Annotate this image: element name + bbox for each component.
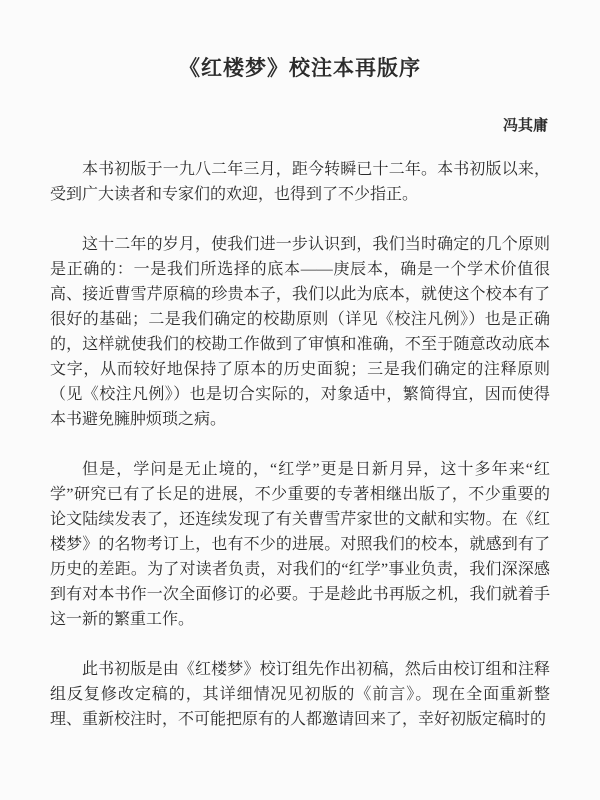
paragraph-4: 此书初版是由《红楼梦》校订组先作出初稿，然后由校订组和注释组反复修改定稿的，其详… (50, 657, 550, 732)
paragraph-3: 但是，学问是无止境的，“红学”更是日新月异，这十多年来“红学”研究已有了长足的进… (50, 457, 550, 632)
document-title: 《红楼梦》校注本再版序 (50, 52, 550, 82)
document-page: 《红楼梦》校注本再版序 冯其庸 本书初版于一九八二年三月，距今转瞬已十二年。本书… (0, 0, 600, 800)
author-name: 冯其庸 (50, 114, 550, 135)
paragraph-1: 本书初版于一九八二年三月，距今转瞬已十二年。本书初版以来，受到广大读者和专家们的… (50, 157, 550, 207)
paragraph-2: 这十二年的岁月，使我们进一步认识到，我们当时确定的几个原则是正确的：一是我们所选… (50, 232, 550, 432)
document-body: 本书初版于一九八二年三月，距今转瞬已十二年。本书初版以来，受到广大读者和专家们的… (50, 157, 550, 732)
